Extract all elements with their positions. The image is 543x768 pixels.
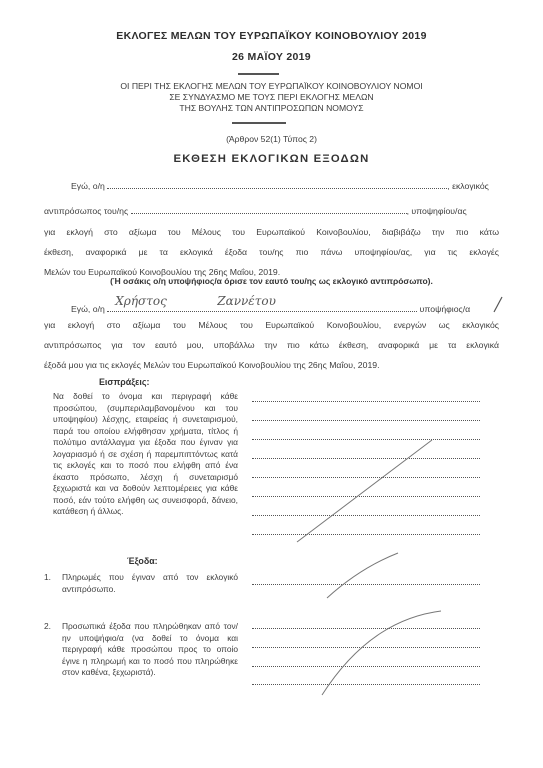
self-agent-note: (Ή οσάκις ο/η υποψήφιος/α όρισε τον εαυτ… (0, 276, 543, 286)
candidate-label: , υποψηφίου/ας (407, 206, 467, 216)
election-date: 26 ΜΑΪΟΥ 2019 (0, 51, 543, 63)
expense-2-cross-out-stroke (322, 611, 441, 695)
candidate-gender-cross-stroke (494, 297, 502, 312)
candidate-name-field[interactable] (131, 213, 407, 214)
candidate-line-3: αντιπρόσωπος για τον εαυτό μου, υποβάλλω… (44, 340, 499, 350)
receipt-entry-line[interactable] (252, 534, 480, 535)
law-reference: ΟΙ ΠΕΡΙ ΤΗΣ ΕΚΛΟΓΗΣ ΜΕΛΩΝ ΤΟΥ ΕΥΡΩΠΑΪΚΟΥ… (0, 81, 543, 114)
expense-1-entry-line[interactable] (252, 584, 480, 585)
law-line-1: ΟΙ ΠΕΡΙ ΤΗΣ ΕΚΛΟΓΗΣ ΜΕΛΩΝ ΤΟΥ ΕΥΡΩΠΑΪΚΟΥ… (0, 81, 543, 92)
agent-role: , εκλογικός (447, 181, 489, 191)
receipts-cross-out-stroke (297, 440, 432, 542)
receipt-entry-line[interactable] (252, 515, 480, 516)
receipt-entry-line[interactable] (252, 477, 480, 478)
receipts-heading: Εισπράξεις: (99, 377, 149, 387)
candidate-prefix: Εγώ, ο/η (71, 304, 105, 314)
candidate-line-1: Εγώ, ο/η Χρήστος Ζαννέτου υποψήφιος/α (71, 300, 470, 314)
expense-2-entry-line[interactable] (252, 684, 480, 685)
agent-line-1: Εγώ, ο/η , εκλογικός (71, 181, 489, 191)
receipt-entry-line[interactable] (252, 439, 480, 440)
expense-2-number: 2. (44, 621, 51, 631)
agent-line-4: έκθεση, αναφορικά με τα εκλογικά έξοδα τ… (44, 247, 499, 257)
agent-line-3: για εκλογή στο αξίωμα του Μέλους του Ευρ… (44, 227, 499, 237)
article-reference: (Άρθρον 52(1) Τύπος 2) (0, 134, 543, 144)
expense-2-entry-line[interactable] (252, 628, 480, 629)
agent-prefix: Εγώ, ο/η (71, 181, 105, 191)
candidate-line-2: για εκλογή στο αξίωμα του Μέλους του Ευρ… (44, 320, 499, 330)
expense-2-description: Προσωπικά έξοδα που πληρώθηκαν από τον/η… (62, 621, 238, 679)
expense-2-entry-line[interactable] (252, 666, 480, 667)
receipts-description: Να δοθεί το όνομα και περιγραφή κάθε προ… (53, 391, 238, 518)
header-divider (238, 73, 279, 75)
law-divider (232, 122, 286, 124)
expense-1-cross-out-stroke (327, 553, 398, 598)
law-line-2: ΣΕ ΣΥΝΔΥΑΣΜΟ ΜΕ ΤΟΥΣ ΠΕΡΙ ΕΚΛΟΓΗΣ ΜΕΛΩΝ (0, 92, 543, 103)
expenses-heading: Έξοδα: (127, 556, 158, 566)
form-title: ΕΚΘΕΣΗ ΕΚΛΟΓΙΚΩΝ ΕΞΟΔΩΝ (0, 153, 543, 165)
expense-2-entry-line[interactable] (252, 647, 480, 648)
election-title: ΕΚΛΟΓΕΣ ΜΕΛΩΝ ΤΟΥ ΕΥΡΩΠΑΪΚΟΥ ΚΟΙΝΟΒΟΥΛΙΟ… (0, 30, 543, 42)
agent-of-label: αντιπρόσωπος του/ης (44, 206, 128, 216)
receipt-entry-line[interactable] (252, 496, 480, 497)
handwritten-last-name: Ζαννέτου (217, 294, 276, 308)
candidate-self-name-field[interactable]: Χρήστος Ζαννέτου (107, 300, 417, 312)
candidate-self-label: υποψήφιος/α (420, 304, 471, 314)
expense-1-number: 1. (44, 572, 51, 582)
candidate-line-4: έξοδά μου για τις εκλογές Μελών του Ευρω… (44, 360, 380, 370)
receipt-entry-line[interactable] (252, 458, 480, 459)
agent-name-field[interactable] (107, 188, 447, 189)
law-line-3: ΤΗΣ ΒΟΥΛΗΣ ΤΩΝ ΑΝΤΙΠΡΟΣΩΠΩΝ ΝΟΜΟΥΣ (0, 103, 543, 114)
receipt-entry-line[interactable] (252, 420, 480, 421)
receipt-entry-line[interactable] (252, 401, 480, 402)
agent-line-2: αντιπρόσωπος του/ης , υποψηφίου/ας (44, 206, 467, 216)
handwritten-first-name: Χρήστος (115, 294, 167, 308)
expense-1-description: Πληρωμές που έγιναν από τον εκλογικό αντ… (62, 572, 238, 595)
